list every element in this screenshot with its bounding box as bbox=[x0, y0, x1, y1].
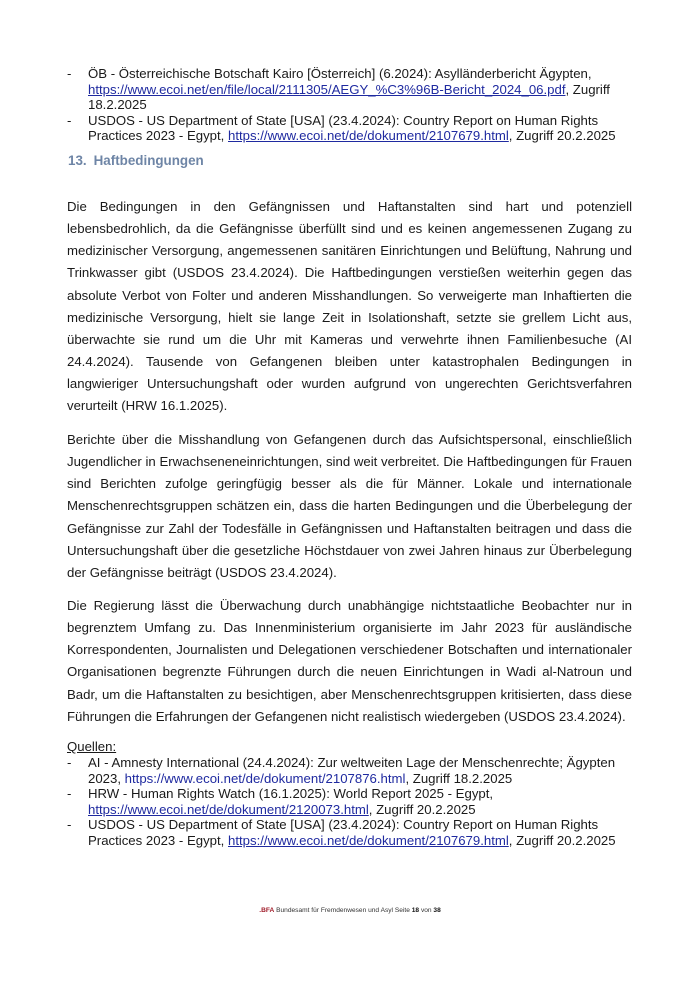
source-item: - ÖB - Österreichische Botschaft Kairo [… bbox=[67, 66, 627, 113]
list-dash: - bbox=[67, 113, 71, 129]
source-text: ÖB - Österreichische Botschaft Kairo [Ös… bbox=[88, 66, 592, 81]
page-footer: .BFA Bundesamt für Fremdenwesen und Asyl… bbox=[0, 907, 700, 914]
footer-page-total: 38 bbox=[433, 907, 440, 914]
sources-label: Quellen: bbox=[67, 739, 116, 754]
source-link[interactable]: https://www.ecoi.net/de/dokument/2107679… bbox=[228, 833, 509, 848]
section-number: 13. bbox=[68, 153, 87, 168]
document-page: - ÖB - Österreichische Botschaft Kairo [… bbox=[0, 0, 700, 990]
top-source-list: - ÖB - Österreichische Botschaft Kairo [… bbox=[67, 66, 627, 144]
body-paragraph: Berichte über die Misshandlung von Gefan… bbox=[67, 429, 632, 584]
source-item: - AI - Amnesty International (24.4.2024)… bbox=[67, 755, 627, 786]
source-text: HRW - Human Rights Watch (16.1.2025): Wo… bbox=[88, 786, 493, 801]
bottom-source-list: - AI - Amnesty International (24.4.2024)… bbox=[67, 755, 627, 848]
source-access: , Zugriff 20.2.2025 bbox=[369, 802, 476, 817]
source-item: - HRW - Human Rights Watch (16.1.2025): … bbox=[67, 786, 627, 817]
source-link[interactable]: https://www.ecoi.net/de/dokument/2107876… bbox=[125, 771, 406, 786]
source-link[interactable]: https://www.ecoi.net/de/dokument/2107679… bbox=[228, 128, 509, 143]
source-access: , Zugriff 20.2.2025 bbox=[509, 833, 616, 848]
footer-org: Bundesamt für Fremdenwesen und Asyl bbox=[276, 907, 393, 914]
footer-page-of: von bbox=[421, 907, 432, 914]
list-dash: - bbox=[67, 786, 71, 802]
source-access: , Zugriff 20.2.2025 bbox=[509, 128, 616, 143]
body-paragraph: Die Bedingungen in den Gefängnissen und … bbox=[67, 196, 632, 417]
source-item: - USDOS - US Department of State [USA] (… bbox=[67, 817, 627, 848]
bfa-logo: .BFA bbox=[259, 907, 274, 914]
list-dash: - bbox=[67, 755, 71, 771]
source-link[interactable]: https://www.ecoi.net/de/dokument/2120073… bbox=[88, 802, 369, 817]
footer-page-current: 18 bbox=[412, 907, 419, 914]
source-item: - USDOS - US Department of State [USA] (… bbox=[67, 113, 627, 144]
section-title: Haftbedingungen bbox=[94, 153, 204, 168]
footer-page-label: Seite bbox=[395, 907, 410, 914]
source-access: , Zugriff 18.2.2025 bbox=[405, 771, 512, 786]
section-heading: 13.Haftbedingungen bbox=[68, 153, 204, 168]
list-dash: - bbox=[67, 66, 71, 82]
body-paragraph: Die Regierung lässt die Überwachung durc… bbox=[67, 595, 632, 728]
list-dash: - bbox=[67, 817, 71, 833]
source-link[interactable]: https://www.ecoi.net/en/file/local/21113… bbox=[88, 82, 565, 97]
